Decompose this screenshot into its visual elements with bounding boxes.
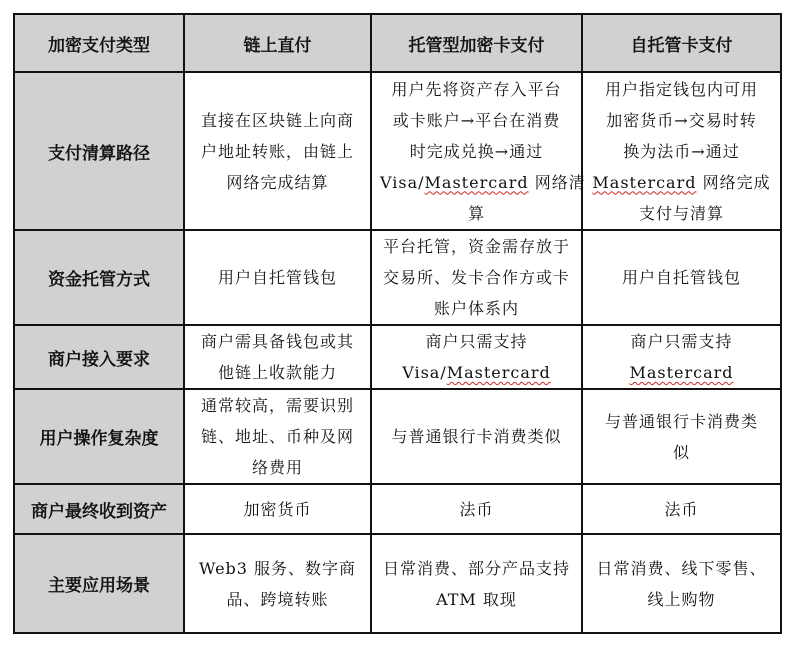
cell-selfcustody-custody: 用户自托管钱包: [582, 230, 781, 325]
row-label-merchant-received-asset: 商户最终收到资产: [14, 484, 184, 534]
cell-onchain-complexity: 通常较高，需要识别 链、地址、币种及网 络费用: [184, 389, 371, 484]
header-custodial-card: 托管型加密卡支付: [371, 14, 582, 72]
cell-selfcustody-complexity: 与普通银行卡消费类 似: [582, 389, 781, 484]
row-label-user-complexity: 用户操作复杂度: [14, 389, 184, 484]
row-label-settlement-path: 支付清算路径: [14, 72, 184, 230]
row-label-custody-method: 资金托管方式: [14, 230, 184, 325]
cell-custodial-merchant: 商户只需支持 Visa/Mastercard: [371, 325, 582, 389]
row-label-use-cases: 主要应用场景: [14, 534, 184, 633]
cell-selfcustody-usecases: 日常消费、线下零售、 线上购物: [582, 534, 781, 633]
crypto-payment-comparison-table: 加密支付类型 链上直付 托管型加密卡支付 自托管卡支付 支付清算路径 直接在区块…: [13, 13, 782, 634]
cell-custodial-asset: 法币: [371, 484, 582, 534]
cell-selfcustody-settlement: 用户指定钱包内可用 加密货币→交易时转 换为法币→通过 Mastercard 网…: [582, 72, 781, 230]
table-row: 资金托管方式 用户自托管钱包 平台托管，资金需存放于 交易所、发卡合作方或卡 账…: [14, 230, 781, 325]
table-row: 商户最终收到资产 加密货币 法币 法币: [14, 484, 781, 534]
cell-custodial-complexity: 与普通银行卡消费类似: [371, 389, 582, 484]
header-payment-type: 加密支付类型: [14, 14, 184, 72]
spellcheck-underline: Mastercard: [425, 173, 529, 192]
table-row: 支付清算路径 直接在区块链上向商 户地址转账，由链上 网络完成结算 用户先将资产…: [14, 72, 781, 230]
cell-onchain-usecases: Web3 服务、数字商 品、跨境转账: [184, 534, 371, 633]
cell-onchain-settlement: 直接在区块链上向商 户地址转账，由链上 网络完成结算: [184, 72, 371, 230]
cell-custodial-settlement: 用户先将资产存入平台 或卡账户→平台在消费 时完成兑换→通过 Visa/Mast…: [371, 72, 582, 230]
spellcheck-underline: Mastercard: [447, 363, 551, 382]
table-row: 商户接入要求 商户需具备钱包或其 他链上收款能力 商户只需支持 Visa/Mas…: [14, 325, 781, 389]
cell-onchain-asset: 加密货币: [184, 484, 371, 534]
cell-onchain-custody: 用户自托管钱包: [184, 230, 371, 325]
cell-selfcustody-merchant: 商户只需支持 Mastercard: [582, 325, 781, 389]
row-label-merchant-requirement: 商户接入要求: [14, 325, 184, 389]
header-row: 加密支付类型 链上直付 托管型加密卡支付 自托管卡支付: [14, 14, 781, 72]
header-self-custody-card: 自托管卡支付: [582, 14, 781, 72]
cell-selfcustody-asset: 法币: [582, 484, 781, 534]
cell-onchain-merchant: 商户需具备钱包或其 他链上收款能力: [184, 325, 371, 389]
table-row: 主要应用场景 Web3 服务、数字商 品、跨境转账 日常消费、部分产品支持 AT…: [14, 534, 781, 633]
table-row: 用户操作复杂度 通常较高，需要识别 链、地址、币种及网 络费用 与普通银行卡消费…: [14, 389, 781, 484]
cell-custodial-usecases: 日常消费、部分产品支持 ATM 取现: [371, 534, 582, 633]
header-onchain-direct: 链上直付: [184, 14, 371, 72]
spellcheck-underline: Mastercard: [629, 363, 733, 382]
spellcheck-underline: Mastercard: [592, 173, 696, 192]
cell-custodial-custody: 平台托管，资金需存放于 交易所、发卡合作方或卡 账户体系内: [371, 230, 582, 325]
